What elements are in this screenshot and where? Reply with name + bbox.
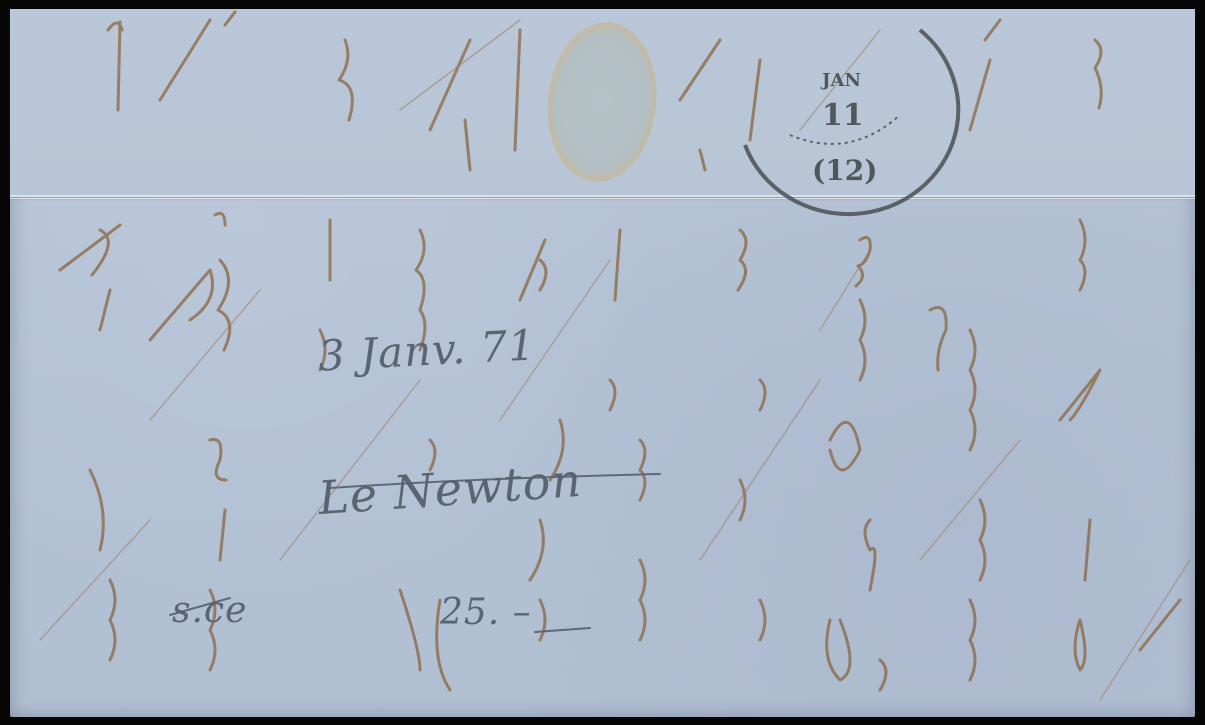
pencil-underlines <box>0 0 1205 725</box>
